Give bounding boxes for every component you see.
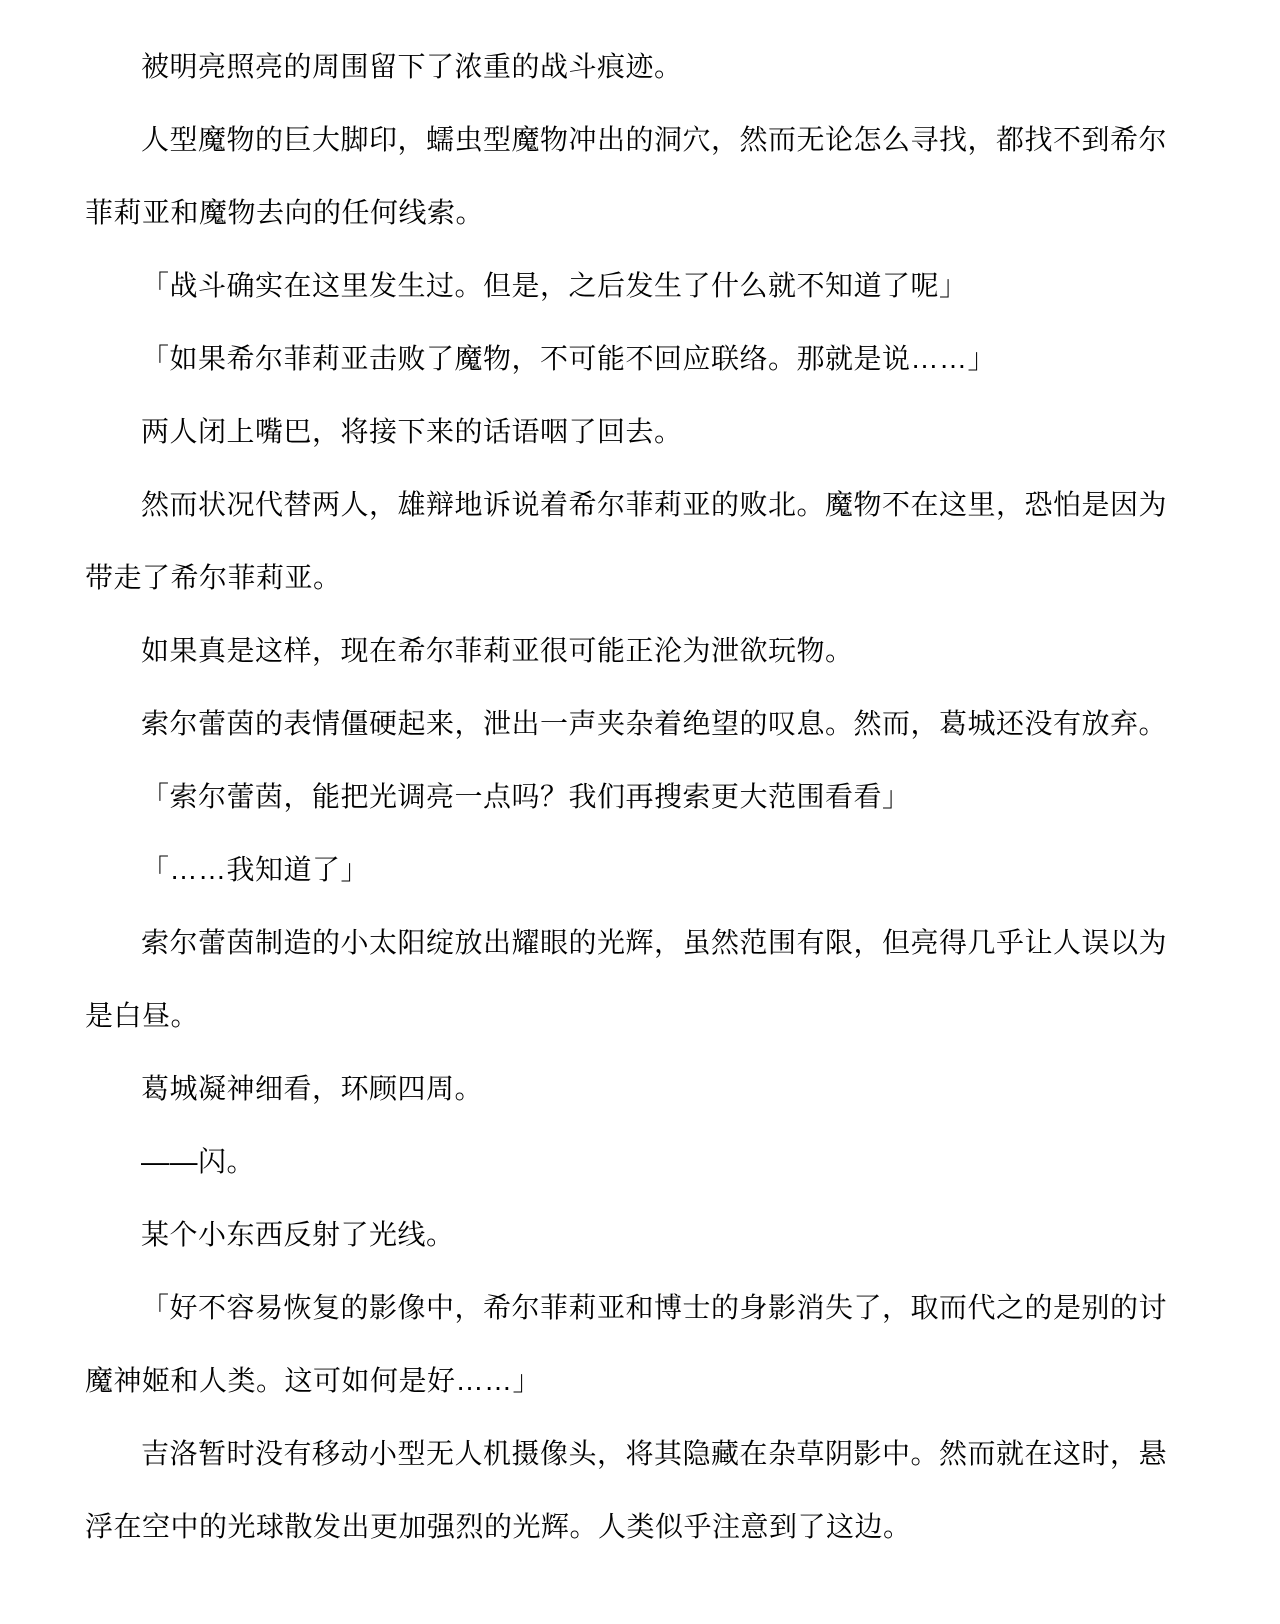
- paragraph-dialogue: 「……我知道了」: [85, 833, 1185, 906]
- paragraph: 某个小东西反射了光线。: [85, 1198, 1185, 1271]
- paragraph: 葛城凝神细看，环顾四周。: [85, 1052, 1185, 1125]
- paragraph: 索尔蕾茵制造的小太阳绽放出耀眼的光辉，虽然范围有限，但亮得几乎让人误以为是白昼。: [85, 906, 1185, 1052]
- paragraph-dialogue: 「战斗确实在这里发生过。但是，之后发生了什么就不知道了呢」: [85, 249, 1185, 322]
- novel-text-page: 被明亮照亮的周围留下了浓重的战斗痕迹。 人型魔物的巨大脚印，蠕虫型魔物冲出的洞穴…: [0, 0, 1280, 1624]
- paragraph: 然而状况代替两人，雄辩地诉说着希尔菲莉亚的败北。魔物不在这里，恐怕是因为带走了希…: [85, 468, 1185, 614]
- paragraph: 吉洛暂时没有移动小型无人机摄像头，将其隐藏在杂草阴影中。然而就在这时，悬浮在空中…: [85, 1417, 1185, 1563]
- paragraph-dialogue: 「如果希尔菲莉亚击败了魔物，不可能不回应联络。那就是说……」: [85, 322, 1185, 395]
- paragraph: 两人闭上嘴巴，将接下来的话语咽了回去。: [85, 395, 1185, 468]
- paragraph: 人型魔物的巨大脚印，蠕虫型魔物冲出的洞穴，然而无论怎么寻找，都找不到希尔菲莉亚和…: [85, 103, 1185, 249]
- paragraph: 索尔蕾茵的表情僵硬起来，泄出一声夹杂着绝望的叹息。然而，葛城还没有放弃。: [85, 687, 1185, 760]
- paragraph: 如果真是这样，现在希尔菲莉亚很可能正沦为泄欲玩物。: [85, 614, 1185, 687]
- paragraph-dialogue: 「索尔蕾茵，能把光调亮一点吗？我们再搜索更大范围看看」: [85, 760, 1185, 833]
- paragraph-dialogue: 「好不容易恢复的影像中，希尔菲莉亚和博士的身影消失了，取而代之的是别的讨魔神姬和…: [85, 1271, 1185, 1417]
- paragraph: ——闪。: [85, 1125, 1185, 1198]
- paragraph: 被明亮照亮的周围留下了浓重的战斗痕迹。: [85, 30, 1185, 103]
